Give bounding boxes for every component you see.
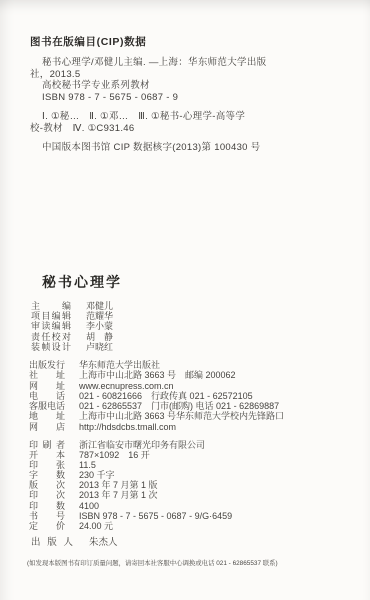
credit-row: 责任校对胡 静	[31, 332, 356, 342]
publisher-row: 社址上海市中山北路 3663 号 邮编 200062	[29, 370, 362, 380]
credit-value: 邓健儿	[86, 301, 113, 311]
publisher-person-label: 出版人	[31, 538, 73, 548]
publisher-value: http://hdsdcbs.tmall.com	[79, 422, 176, 432]
printing-label: 版次	[29, 480, 65, 490]
publisher-label: 网址	[29, 381, 65, 391]
printing-label: 印次	[29, 490, 65, 500]
credits-list: 主编邓健儿 项目编辑范耀华 审读编辑李小蒙 责任校对胡 静 装帧设计卢晓红	[31, 301, 356, 352]
publisher-info-block: 出版发行华东师范大学出版社 社址上海市中山北路 3663 号 邮编 200062…	[29, 360, 362, 432]
printing-label: 字数	[29, 470, 65, 480]
printing-value: 2013 年 7 月第 1 次	[79, 490, 158, 500]
publisher-label: 地址	[29, 411, 65, 421]
printing-value: 浙江省临安市曙光印务有限公司	[79, 440, 205, 450]
publisher-row: 出版发行华东师范大学出版社	[29, 360, 362, 370]
credit-value: 李小蒙	[86, 321, 113, 331]
credit-value: 胡 静	[86, 332, 113, 342]
printing-label: 书号	[29, 511, 65, 521]
printing-value: 11.5	[79, 460, 96, 470]
printing-row: 印次2013 年 7 月第 1 次	[29, 490, 362, 500]
printing-value: ISBN 978 - 7 - 5675 - 0687 - 9/G·6459	[79, 511, 232, 521]
publisher-label: 网店	[29, 422, 65, 432]
publisher-value: 021 - 60821666 行政传真 021 - 62572105	[79, 391, 253, 401]
printing-label: 印刷者	[29, 440, 65, 450]
publisher-person-value: 朱杰人	[89, 537, 118, 548]
credit-row: 审读编辑李小蒙	[31, 321, 356, 331]
quality-notice-footnote: (如发现本版图书有印订质量问题，请寄回本社客服中心调换或电话 021 - 628…	[27, 558, 360, 567]
printing-label: 定价	[29, 521, 65, 531]
publisher-value: www.ecnupress.com.cn	[79, 381, 174, 391]
cip-heading: 图书在版编目(CIP)数据	[30, 34, 356, 49]
credit-row: 项目编辑范耀华	[31, 311, 356, 321]
cip-line: 秘书心理学/邓健儿主编. —上海：华东师范大学出版	[30, 57, 356, 69]
printing-row: 开本787×1092 16 开	[29, 450, 362, 460]
publisher-row: 地址上海市中山北路 3663 号华东师范大学校内先锋路口	[29, 411, 362, 421]
printing-label: 印张	[29, 460, 65, 470]
cip-classification: Ⅰ. ①秘… Ⅱ. ①邓… Ⅲ. ①秘书-心理学-高等学 校-教材 Ⅳ. ①C9…	[30, 111, 356, 134]
credit-label: 装帧设计	[31, 342, 71, 352]
publisher-person-block: 出版人朱杰人	[31, 538, 118, 548]
printing-value: 2013 年 7 月第 1 版	[79, 480, 158, 490]
printing-label: 开本	[29, 450, 65, 460]
printing-row: 印张11.5	[29, 460, 362, 470]
publisher-row: 网址www.ecnupress.com.cn	[29, 381, 362, 391]
publisher-row: 客服电话021 - 62865537 门市(邮购) 电话 021 - 62869…	[29, 401, 362, 411]
credit-value: 范耀华	[86, 311, 113, 321]
printing-row: 印数4100	[29, 501, 362, 511]
publisher-label: 出版发行	[29, 360, 65, 370]
cip-class-line: 校-教材 Ⅳ. ①C931.46	[30, 123, 356, 135]
book-title: 秘书心理学	[42, 272, 356, 292]
printing-row: 定价24.00 元	[29, 521, 362, 531]
cip-description: 秘书心理学/邓健儿主编. —上海：华东师范大学出版 社，2013.5 高校秘书学…	[30, 57, 356, 103]
publisher-value: 华东师范大学出版社	[79, 360, 160, 370]
publisher-person-row: 出版人朱杰人	[31, 538, 118, 548]
printing-value: 787×1092 16 开	[79, 450, 150, 460]
printing-row: 印刷者浙江省临安市曙光印务有限公司	[29, 440, 362, 450]
cip-line: 社，2013.5	[30, 69, 356, 81]
publisher-label: 客服电话	[29, 401, 65, 411]
credit-label: 审读编辑	[31, 321, 71, 331]
credit-value: 卢晓红	[86, 342, 113, 352]
credit-row: 主编邓健儿	[31, 301, 356, 311]
printing-info-block: 印刷者浙江省临安市曙光印务有限公司 开本787×1092 16 开 印张11.5…	[29, 440, 362, 531]
cip-class-line: Ⅰ. ①秘… Ⅱ. ①邓… Ⅲ. ①秘书-心理学-高等学	[30, 111, 356, 123]
printing-value: 4100	[79, 501, 99, 511]
cip-line: ISBN 978 - 7 - 5675 - 0687 - 9	[30, 92, 356, 104]
book-copyright-page: 图书在版编目(CIP)数据 秘书心理学/邓健儿主编. —上海：华东师范大学出版 …	[0, 0, 370, 600]
publisher-value: 上海市中山北路 3663 号 邮编 200062	[79, 370, 236, 380]
printing-row: 书号ISBN 978 - 7 - 5675 - 0687 - 9/G·6459	[29, 511, 362, 521]
publisher-row: 网店http://hdsdcbs.tmall.com	[29, 422, 362, 432]
printing-row: 字数230 千字	[29, 470, 362, 480]
publisher-label: 社址	[29, 370, 65, 380]
credit-label: 主编	[31, 301, 71, 311]
publisher-value: 上海市中山北路 3663 号华东师范大学校内先锋路口	[79, 411, 284, 421]
printing-value: 230 千字	[79, 470, 115, 480]
publisher-value: 021 - 62865537 门市(邮购) 电话 021 - 62869887	[79, 401, 279, 411]
credit-label: 责任校对	[31, 332, 71, 342]
publisher-row: 电话021 - 60821666 行政传真 021 - 62572105	[29, 391, 362, 401]
title-credits-block: 秘书心理学 主编邓健儿 项目编辑范耀华 审读编辑李小蒙 责任校对胡 静 装帧设计…	[31, 272, 356, 352]
printing-value: 24.00 元	[79, 521, 113, 531]
cip-record-number: 中国版本图书馆 CIP 数据核字(2013)第 100430 号	[30, 142, 356, 154]
credit-row: 装帧设计卢晓红	[31, 342, 356, 352]
credit-label: 项目编辑	[31, 311, 71, 321]
printing-label: 印数	[29, 501, 65, 511]
printing-row: 版次2013 年 7 月第 1 版	[29, 480, 362, 490]
publisher-label: 电话	[29, 391, 65, 401]
cip-block: 图书在版编目(CIP)数据 秘书心理学/邓健儿主编. —上海：华东师范大学出版 …	[30, 34, 356, 154]
cip-line: 高校秘书学专业系列教材	[30, 80, 356, 92]
